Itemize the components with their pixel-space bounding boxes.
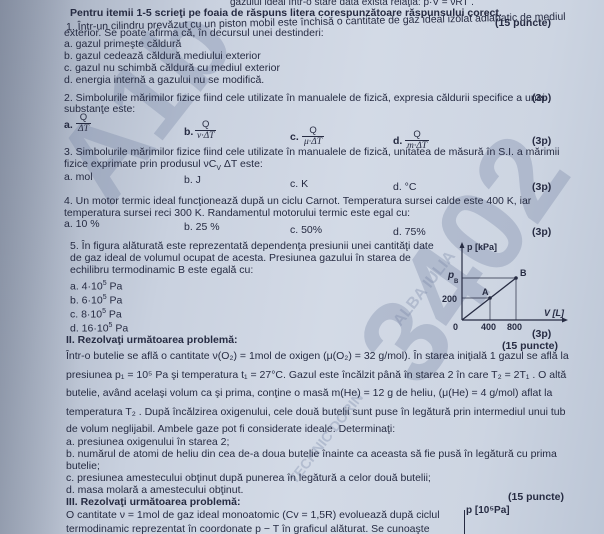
section2-item-b: b. numărul de atomi de heliu din cea de-… [66,448,557,460]
q1-option-b: b. gazul cedează căldură mediului exteri… [64,50,261,62]
q3-points: (3p) [532,181,551,193]
q1-option-c: c. gazul nu schimbă căldură cu mediul ex… [64,62,280,74]
q3-option-c: c. K [290,178,308,190]
section3-line1: O cantitate ν = 1mol de gaz ideal monoat… [66,509,440,521]
section2-item-d: d. masa molară a amestecului obţinut. [66,484,243,496]
q5-option-d: d. 16·105 Pa [70,320,128,335]
q3-option-b: b. J [184,174,201,186]
q4-option-d: d. 75% [393,226,426,238]
section2-line4: temperatura T₂ . După încălzirea oxigenu… [66,406,565,418]
q4-option-c: c. 50% [290,224,322,236]
q1-option-d: d. energia internă a gazului nu se modif… [64,74,264,86]
section3-graph-axis [464,510,465,534]
q5-option-b: b. 6·105 Pa [70,292,122,307]
graph-x-label: V [L] [544,308,565,318]
q4-points: (3p) [532,226,551,238]
q5-pv-graph: p [kPa] p B 200 A B V [L] 0 400 800 [440,240,580,330]
graph-200-mark: 200 [442,294,457,304]
q2-option-b-fraction: Qν·ΔT [195,120,216,141]
q4-option-a: a. 10 % [64,218,100,230]
q5-option-c: c. 8·105 Pa [70,306,122,321]
q1-option-a: a. gazul primeşte căldură [64,38,181,50]
graph-point-b: B [520,268,527,278]
q4-option-b: b. 25 % [184,221,220,233]
section2-line1: Într-o butelie se află o cantitate ν(O₂)… [66,350,569,362]
q2-option-c-label: c. [290,131,299,143]
svg-text:400: 400 [481,322,496,330]
section2-title: II. Rezolvaţi următoarea problemă: [66,334,238,346]
q3-option-a: a. mol [64,171,93,183]
q5-text-line2: de gaz ideal de volumul ocupat de acesta… [70,252,411,264]
q3-text-line1: 3. Simbolurile mărimilor fizice fiind ce… [64,146,559,158]
section3-line2: termodinamic reprezentat în coordonate p… [66,523,430,534]
q2-text-line2: substanţe este: [64,103,135,115]
section3-graph-label: p [10⁵Pa] [466,505,510,517]
graph-y-label: p [kPa] [467,242,497,252]
q4-text-line1: 4. Un motor termic ideal funcţionează du… [64,195,531,207]
q4-text-line2: temperatura sursei reci 300 K. Randament… [64,207,410,219]
svg-text:B: B [454,279,459,285]
q2-option-a-fraction: QΔT [76,113,91,134]
section2-item-b-cont: butelie; [66,460,100,472]
q2-text-line1: 2. Simbolurile mărimilor fizice fiind ce… [64,92,545,104]
section2-line3: butelie, având acelaşi volum ca şi prima… [66,387,552,399]
section2-line2: presiunea p₁ = 10⁵ Pa şi temperatura t₁ … [66,369,566,381]
section3-points: (15 puncte) [508,491,564,503]
section3-title: III. Rezolvaţi următoarea problemă: [66,496,240,508]
q2-option-a-label: a. [64,119,73,131]
q3-text-line2: fizice exprimate prin produsul νCV ΔT es… [64,158,263,175]
q3-option-d: d. °C [393,181,416,193]
q5-text-line1: 5. În figura alăturată este reprezentată… [70,240,434,252]
exam-page: A1b 3402 ALBA IULIA TECHNIC DORIN gazulu… [0,0,604,534]
section2-item-a: a. presiunea oxigenului în starea 2; [66,436,229,448]
svg-text:800: 800 [507,322,522,330]
q5-text-line3: echilibru termodinamic B este egală cu: [70,264,253,276]
section2-line5: de volum neglijabil. Ambele gaze pot fi … [66,423,395,435]
graph-point-a: A [482,287,489,297]
q5-option-a: a. 4·105 Pa [70,278,122,293]
q2-option-b-label: b. [184,126,193,138]
section2-item-c: c. presiunea amestecului obţinut după pu… [66,472,431,484]
svg-text:0: 0 [453,322,458,330]
q2-option-c-fraction: Qμ·ΔT [302,126,324,147]
